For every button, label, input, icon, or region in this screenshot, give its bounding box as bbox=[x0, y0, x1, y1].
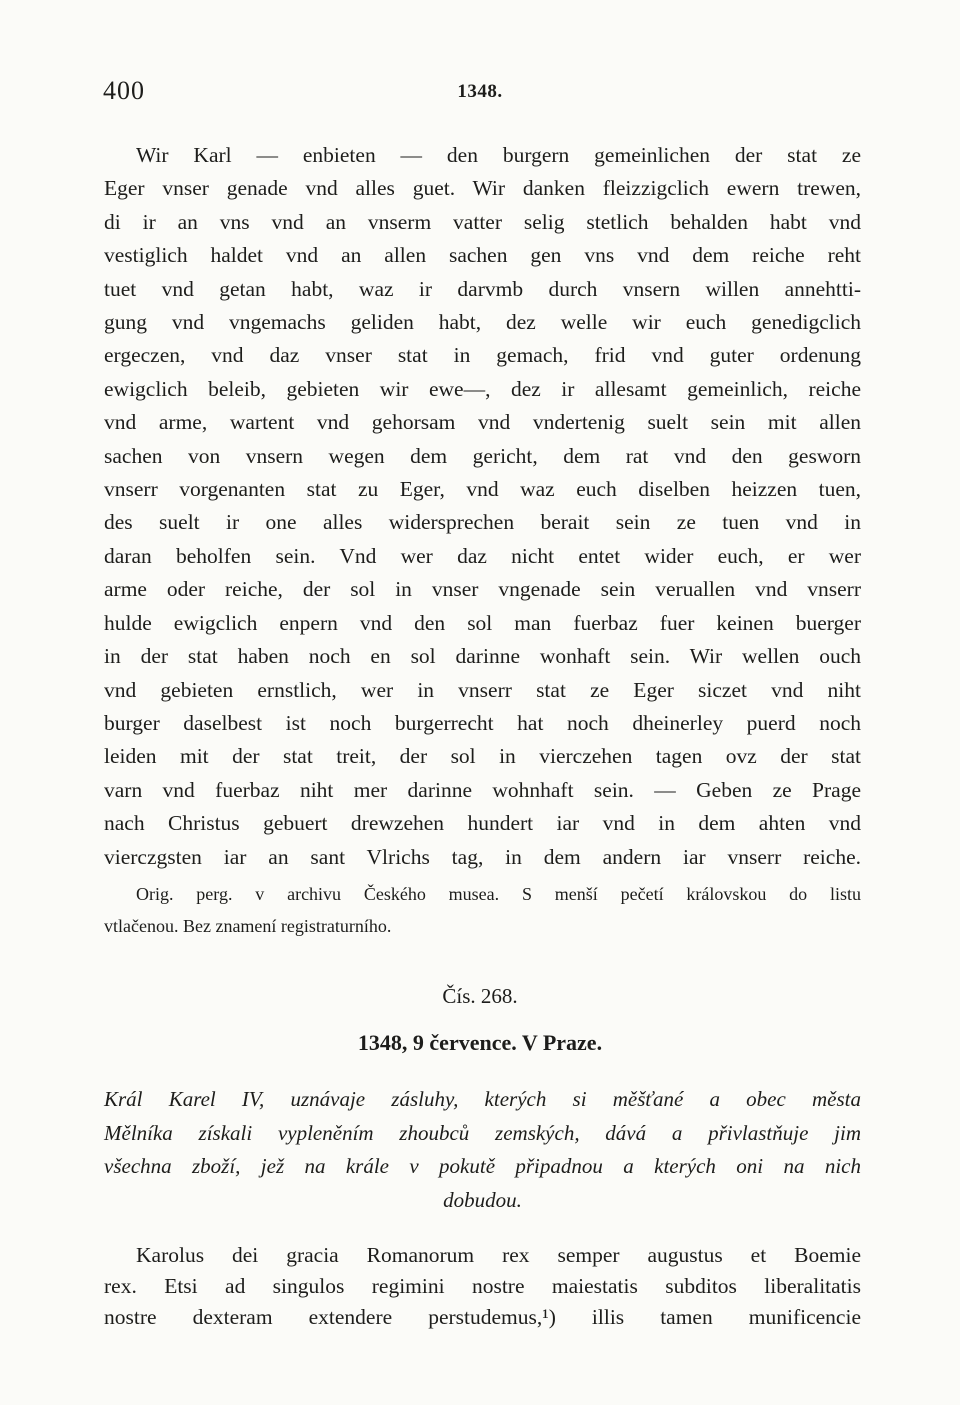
text-line: Mělníka získali vypleněním zhoubců zemsk… bbox=[104, 1117, 861, 1151]
text-line: Wir Karl — enbieten — den burgern gemein… bbox=[104, 139, 861, 172]
text-line: leiden mit der stat treit, der sol in vi… bbox=[104, 740, 861, 773]
text-line: des suelt ir one alles widersprechen ber… bbox=[104, 506, 861, 539]
text-line: hulde ewigclich enpern vnd den sol man f… bbox=[104, 607, 861, 640]
text-line: tuet vnd getan habt, waz ir darvmb durch… bbox=[104, 273, 861, 306]
text-line: ergeczen, vnd daz vnser stat in gemach, … bbox=[104, 339, 861, 372]
text-line: vnd arme, wartent vnd gehorsam vnd vnder… bbox=[104, 406, 861, 439]
text-line: gung vnd vngemachs geliden habt, dez wel… bbox=[104, 306, 861, 339]
text-line: Karolus dei gracia Romanorum rex semper … bbox=[104, 1240, 861, 1271]
charter-267-source-note: Orig. perg. v archivu Českého musea. S m… bbox=[104, 878, 861, 942]
text-line: rex. Etsi ad singulos regimini nostre ma… bbox=[104, 1271, 861, 1302]
text-line: Orig. perg. v archivu Českého musea. S m… bbox=[104, 878, 861, 910]
text-line: všechna zboží, jež na krále v pokutě při… bbox=[104, 1150, 861, 1184]
text-line: arme oder reiche, der sol in vnser vngen… bbox=[104, 573, 861, 606]
text-line: di ir an vns vnd an vnserm vatter selig … bbox=[104, 206, 861, 239]
text-line: varn vnd fuerbaz niht mer darinne wohnha… bbox=[104, 774, 861, 807]
charter-268-number-heading: Čís. 268. bbox=[0, 984, 960, 1009]
text-line: sachen von vnsern wegen dem gericht, dem… bbox=[104, 440, 861, 473]
text-line: vtlačenou. Bez znamení registraturního. bbox=[104, 910, 861, 942]
text-line: daran beholfen sein. Vnd wer daz nicht e… bbox=[104, 540, 861, 573]
text-line: Eger vnser genade vnd alles guet. Wir da… bbox=[104, 172, 861, 205]
text-line: vnserr vorgenanten stat zu Eger, vnd waz… bbox=[104, 473, 861, 506]
charter-268-body: Karolus dei gracia Romanorum rex semper … bbox=[104, 1240, 861, 1333]
text-line: Král Karel IV, uznávaje zásluhy, kterých… bbox=[104, 1083, 861, 1117]
running-head-year: 1348. bbox=[0, 81, 960, 103]
charter-268-summary: Král Karel IV, uznávaje zásluhy, kterých… bbox=[104, 1083, 861, 1217]
text-line: burger daselbest ist noch burgerrecht ha… bbox=[104, 707, 861, 740]
text-line: vestiglich haldet vnd an allen sachen ge… bbox=[104, 239, 861, 272]
text-line: nostre dexteram extendere perstudemus,¹)… bbox=[104, 1302, 861, 1333]
text-line: ewigclich beleib, gebieten wir ewe—, dez… bbox=[104, 373, 861, 406]
text-line: vnd gebieten ernstlich, wer in vnserr st… bbox=[104, 674, 861, 707]
charter-268-date-heading: 1348, 9 července. V Praze. bbox=[0, 1030, 960, 1056]
text-line: vierczgsten iar an sant Vlrichs tag, in … bbox=[104, 841, 861, 874]
text-line: dobudou. bbox=[104, 1184, 861, 1218]
text-line: nach Christus gebuert drewzehen hundert … bbox=[104, 807, 861, 840]
scanned-book-page: 400 1348. Wir Karl — enbieten — den burg… bbox=[0, 0, 960, 1405]
text-line: in der stat haben noch en sol darinne wo… bbox=[104, 640, 861, 673]
charter-267-body: Wir Karl — enbieten — den burgern gemein… bbox=[104, 139, 861, 874]
